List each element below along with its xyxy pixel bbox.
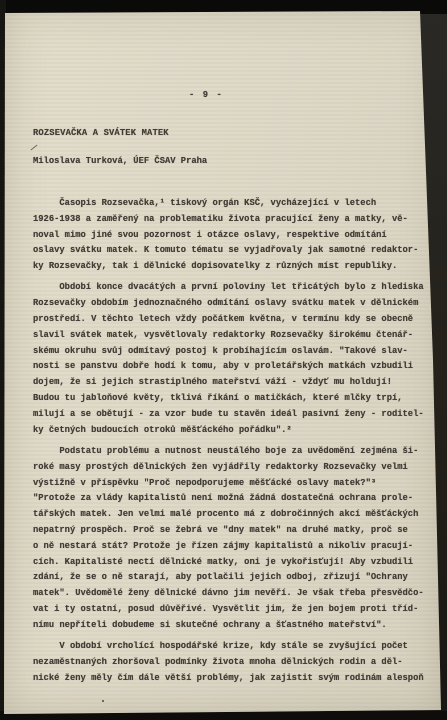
document-page: - 9 - ROZSEVAČKA A SVÁTEK MATEK Miloslav… [0, 0, 447, 720]
text-line: V období vrcholící hospodářské krize, kd… [33, 639, 435, 655]
paragraph-1: Časopis Rozsevačka,¹ tiskový orgán KSČ, … [33, 196, 435, 275]
article-body: Časopis Rozsevačka,¹ tiskový orgán KSČ, … [33, 196, 435, 692]
text-line: vat i ty ostatní, posud důvěřivé. Vysvět… [33, 602, 435, 618]
text-line: prostředí. V těchto letech vždy počátkem… [33, 312, 435, 328]
paragraph-3: Podstatu problému a nutnost neustálého b… [33, 444, 435, 634]
text-line: cích. Kapitalisté nectí dělnické matky, … [33, 555, 435, 571]
text-line: nímu nepříteli dobudeme si skutečné ochr… [33, 618, 435, 634]
text-line: Budou tu jabloňové květy, tklivá říkání … [33, 391, 435, 407]
text-line: nické ženy měly čím dále větší problémy,… [33, 671, 435, 687]
text-line: 1926-1938 a zaměřený na problematiku živ… [33, 212, 435, 228]
page-number: - 9 - [189, 90, 223, 100]
text-line: "Protože za vlády kapitalistů není možná… [33, 491, 435, 507]
text-line: roké masy prostých dělnických žen vyjádř… [33, 460, 435, 476]
paragraph-4: V období vrcholící hospodářské krize, kd… [33, 639, 435, 686]
text-line: Období konce dvacátých a první poloviny … [33, 280, 435, 296]
text-line: Podstatu problému a nutnost neustálého b… [33, 444, 435, 460]
text-line: matek". Uvědomělé ženy dělnické dávno ji… [33, 586, 435, 602]
text-line: nezaměstnaných zhoršoval podmínky života… [33, 655, 435, 671]
text-line: Rozsevačky obdobím jednoznačného odmítán… [33, 296, 435, 312]
text-line: tářských matek. Jen velmi malé procento … [33, 507, 435, 523]
author-line: Miloslava Turková, ÚEF ČSAV Praha [33, 156, 207, 166]
text-line: ky četných budoucích otroků měšťáckého p… [33, 423, 435, 439]
paragraph-2: Období konce dvacátých a první poloviny … [33, 280, 435, 438]
handwritten-tick-mark [31, 145, 38, 151]
text-line: ky Rozsevačky, tak i dělnické dopisovate… [33, 259, 435, 275]
scan-dust-speck [102, 700, 104, 702]
text-line: skému okruhu svůj odmítavý postoj k prob… [33, 344, 435, 360]
text-line: nepatrný prospěch. Proč se žebrá ve "dny… [33, 523, 435, 539]
text-line: milují a se obětují - za vzor bude tu st… [33, 407, 435, 423]
text-line: nosti se panstvu dobře hodí k tomu, aby … [33, 359, 435, 375]
text-line: zdání, že se o ně starají, aby potlačili… [33, 570, 435, 586]
text-line: dojem, že si jejich strastiplného mateřs… [33, 375, 435, 391]
text-line: noval mimo jiné svou pozornost i otázce … [33, 228, 435, 244]
text-line: oslavy svátku matek. K tomuto tématu se … [33, 243, 435, 259]
text-line: o ně nestará stát? Protože je řízen zájm… [33, 539, 435, 555]
article-title: ROZSEVAČKA A SVÁTEK MATEK [33, 128, 169, 138]
scanner-background: - 9 - ROZSEVAČKA A SVÁTEK MATEK Miloslav… [0, 0, 447, 720]
text-line: Časopis Rozsevačka,¹ tiskový orgán KSČ, … [33, 196, 435, 212]
text-line: výstižně v příspěvku "Proč nepodporujeme… [33, 476, 435, 492]
text-line: slavil svátek matek, vysvětlovaly redakt… [33, 328, 435, 344]
